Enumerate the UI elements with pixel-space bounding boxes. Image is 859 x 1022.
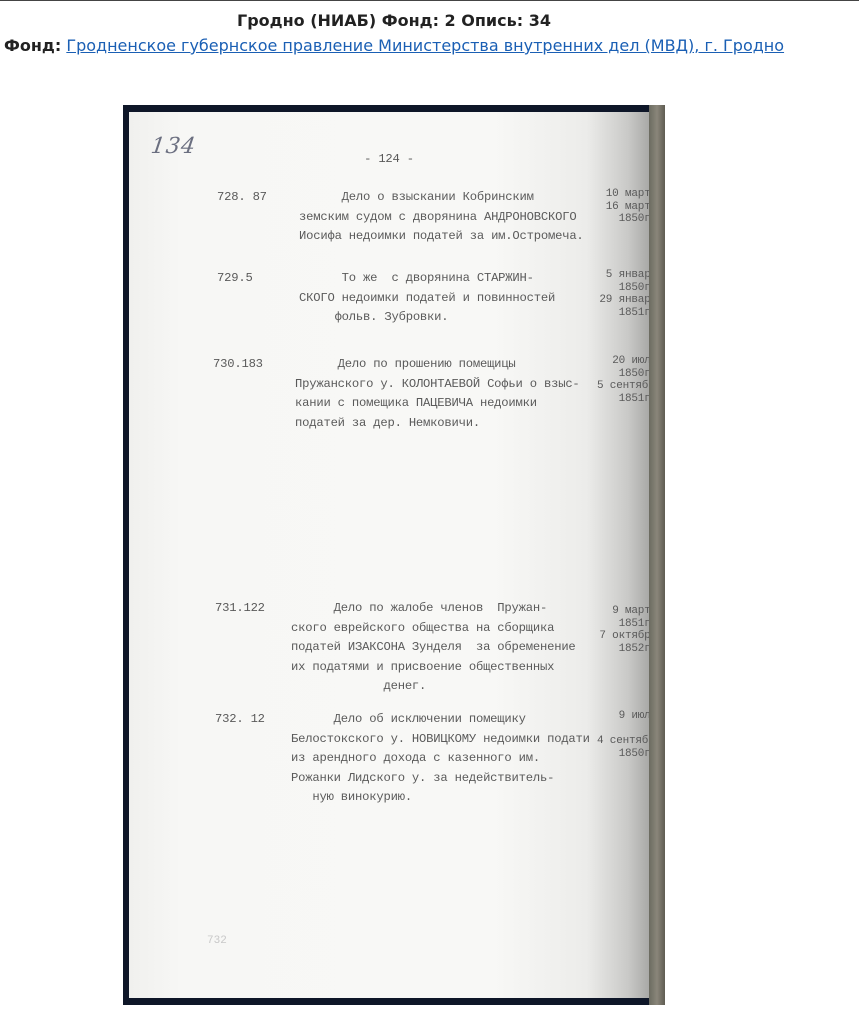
entry-description: Дело по прошению помещицы Пружанского у.… (295, 355, 615, 433)
entry-dates: 5 января 1850г. 29 января 1851г. (597, 269, 657, 319)
fond-line: Фонд: Гродненское губернское правление М… (4, 36, 784, 55)
entry-description: То же с дворянина СТАРЖИН- СКОГО недоимк… (299, 269, 619, 328)
entry-dates: 9 июля 4 сентября 1850г. (597, 710, 657, 760)
bleedthrough-text: 732 (207, 935, 227, 947)
entry-number: 728. 87 (217, 188, 267, 208)
entry-number: 731.122 (215, 599, 265, 619)
fond-link[interactable]: Гродненское губернское правление Министе… (66, 36, 784, 55)
scan-paper: 134 - 124 - 728. 87 Дело о взыскании Коб… (129, 112, 649, 998)
entry-number: 729.5 (217, 269, 253, 289)
entry-number: 730.183 (213, 355, 263, 375)
entry-dates: 9 марта 1851г. 7 октября 1852г. (597, 605, 657, 655)
entry-description: Дело по жалобе членов Пружан- ского евре… (291, 599, 611, 697)
page-title: Гродно (НИАБ) Фонд: 2 Опись: 34 (0, 11, 788, 30)
entry-dates: 10 марта 16 марта 1850г. (597, 188, 657, 226)
typed-page-number: - 124 - (129, 150, 649, 170)
document-scan-image: 134 - 124 - 728. 87 Дело о взыскании Коб… (123, 105, 665, 1005)
fond-label: Фонд: (4, 36, 61, 55)
book-spine-edge (649, 105, 665, 1005)
entry-number: 732. 12 (215, 710, 265, 730)
top-border (0, 0, 859, 1)
entry-dates: 20 июля 1850г. 5 сентября 1851г. (597, 355, 657, 405)
entry-description: Дело об исключении помещику Белостокског… (291, 710, 611, 808)
entry-description: Дело о взыскании Кобринским земским судо… (299, 188, 619, 247)
